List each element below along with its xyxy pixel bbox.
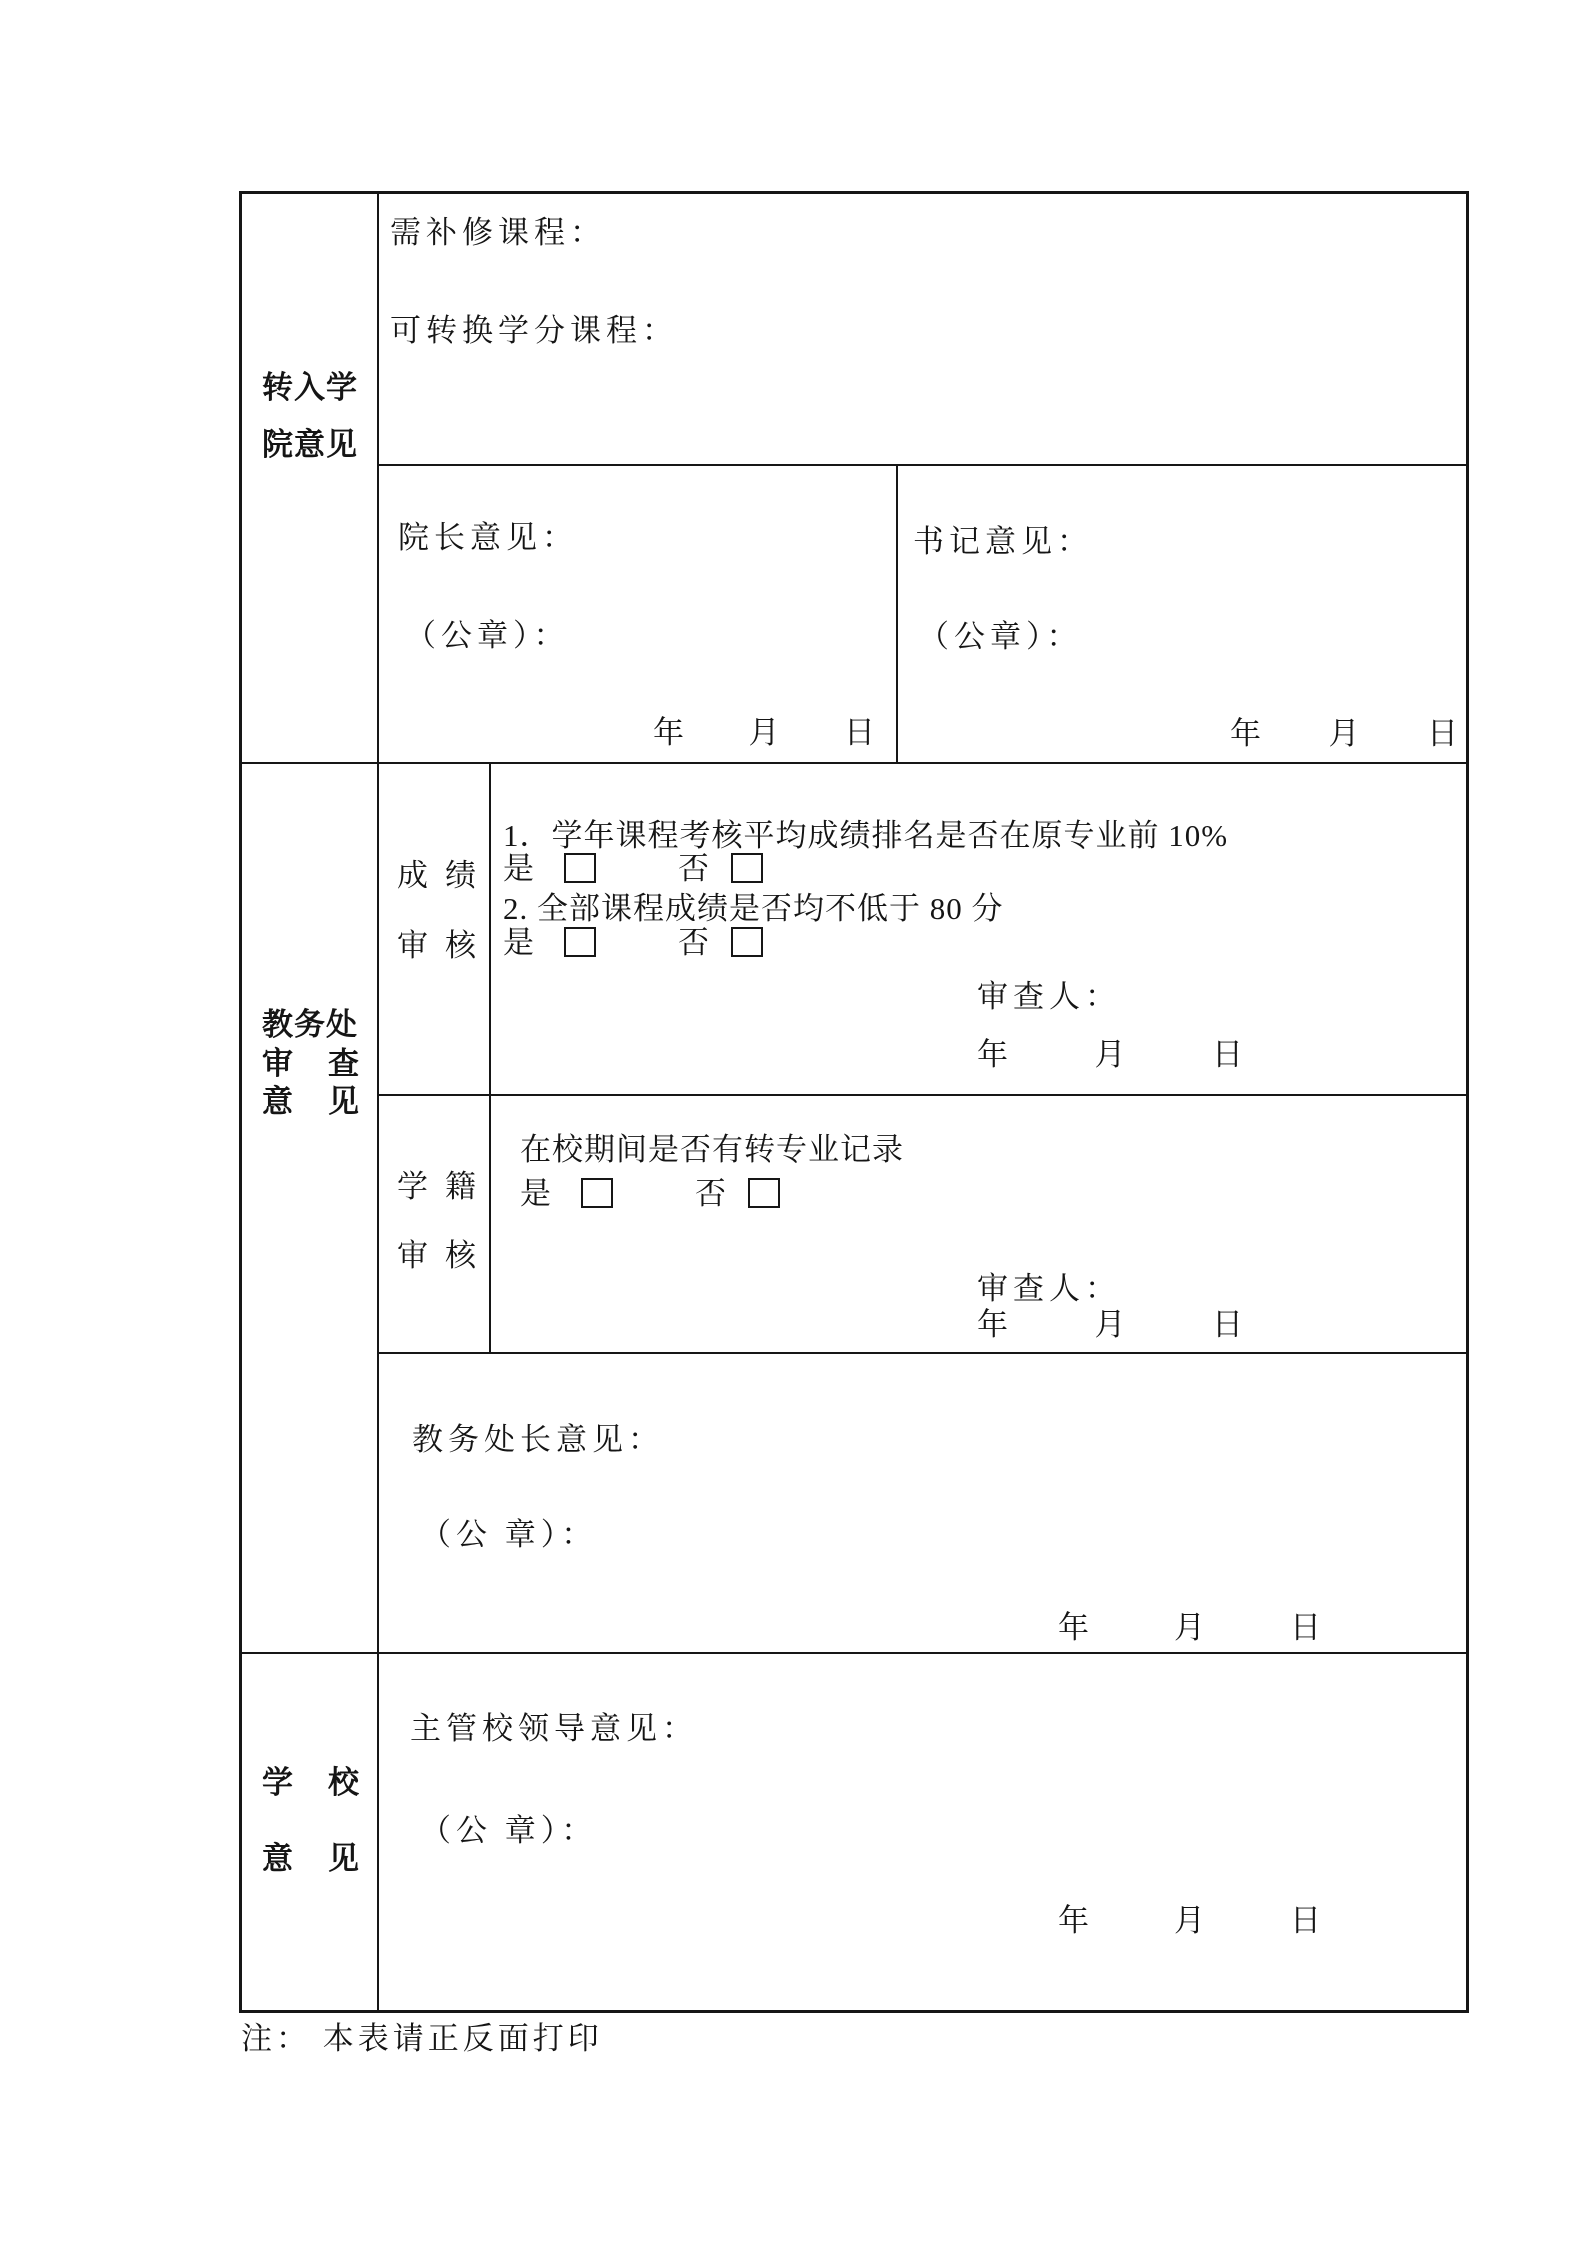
grade-q1-yes-no-row: 是 否: [503, 851, 763, 885]
secretary-seal-label: （公章）：: [918, 620, 1083, 653]
makeup-courses-label: 需补修课程：: [390, 216, 606, 249]
grade-review-question-2: 2. 全部课程成绩是否均不低于 80 分: [503, 892, 1004, 925]
dean-seal-label: （公章）：: [405, 619, 570, 652]
no-label: 否: [678, 852, 709, 885]
secretary-date-line: 年 月 日: [1230, 717, 1458, 750]
subheader-grade-review-line2: 审核: [397, 929, 493, 962]
transfer-approval-form-page: 转入学 院意见 需补修课程： 可转换学分课程： 院长意见： （公章）： 年 月 …: [0, 0, 1587, 2245]
month-label: 月: [749, 716, 780, 749]
yes-checkbox[interactable]: [564, 853, 596, 883]
header-transfer-college-line1: 转入学: [262, 371, 358, 404]
grid-vline-dean-secretary: [896, 464, 898, 762]
day-label: 日: [1212, 1308, 1243, 1341]
grid-hline-status-director: [377, 1352, 1469, 1354]
month-label: 月: [1174, 1611, 1205, 1644]
school-date-line: 年 月 日: [1058, 1904, 1321, 1937]
day-label: 日: [1290, 1904, 1321, 1937]
grid-hline-row2-row3: [239, 1652, 1469, 1654]
day-label: 日: [844, 716, 875, 749]
status-review-date-line: 年 月 日: [977, 1308, 1243, 1341]
yes-label: 是: [503, 926, 534, 959]
day-label: 日: [1290, 1611, 1321, 1644]
day-label: 日: [1427, 717, 1458, 750]
month-label: 月: [1329, 717, 1360, 750]
no-checkbox[interactable]: [748, 1178, 780, 1208]
grid-hline-grade-status: [377, 1094, 1469, 1096]
month-label: 月: [1095, 1308, 1126, 1341]
year-label: 年: [1058, 1904, 1089, 1937]
no-label: 否: [678, 926, 709, 959]
grid-hline-row1-row2: [239, 762, 1469, 764]
grade-reviewer-label: 审查人：: [977, 980, 1121, 1013]
header-academic-affairs-line3: 意见: [262, 1085, 394, 1118]
year-label: 年: [1230, 717, 1261, 750]
header-school-line2: 意见: [262, 1842, 394, 1875]
yes-label: 是: [503, 852, 534, 885]
director-date-line: 年 月 日: [1058, 1611, 1321, 1644]
transferable-credit-courses-label: 可转换学分课程：: [390, 314, 678, 347]
print-note: 注： 本表请正反面打印: [241, 2022, 603, 2055]
header-academic-affairs-line2: 审查: [262, 1047, 394, 1080]
secretary-opinion-label: 书记意见：: [913, 525, 1093, 558]
year-label: 年: [653, 716, 684, 749]
school-seal-label: （公 章）：: [420, 1814, 597, 1847]
status-yes-no-row: 是 否: [520, 1176, 780, 1210]
year-label: 年: [977, 1308, 1008, 1341]
subheader-status-review-line2: 审核: [397, 1239, 493, 1272]
year-label: 年: [1058, 1611, 1089, 1644]
header-academic-affairs-line1: 教务处: [262, 1008, 358, 1041]
grade-review-date-line: 年 月 日: [977, 1038, 1243, 1071]
subheader-status-review-line1: 学籍: [397, 1170, 493, 1203]
status-reviewer-label: 审查人：: [977, 1272, 1121, 1305]
no-checkbox[interactable]: [731, 927, 763, 957]
grade-q2-yes-no-row: 是 否: [503, 925, 763, 959]
yes-checkbox[interactable]: [581, 1178, 613, 1208]
no-label: 否: [695, 1177, 726, 1210]
subheader-grade-review-line1: 成绩: [397, 859, 493, 892]
yes-checkbox[interactable]: [564, 927, 596, 957]
grid-hline-courses-bottom: [377, 464, 1469, 466]
no-checkbox[interactable]: [731, 853, 763, 883]
day-label: 日: [1212, 1038, 1243, 1071]
header-school-line1: 学校: [262, 1766, 394, 1799]
school-leader-opinion-label: 主管校领导意见：: [410, 1712, 698, 1745]
grade-review-question-1: 1．学年课程考核平均成绩排名是否在原专业前 10%: [503, 819, 1228, 852]
director-opinion-label: 教务处长意见：: [412, 1423, 664, 1456]
yes-label: 是: [520, 1177, 551, 1210]
dean-date-line: 年 月 日: [653, 716, 875, 749]
header-transfer-college-line2: 院意见: [262, 428, 358, 461]
status-review-question: 在校期间是否有转专业记录: [520, 1133, 904, 1166]
month-label: 月: [1174, 1904, 1205, 1937]
year-label: 年: [977, 1038, 1008, 1071]
dean-opinion-label: 院长意见：: [398, 521, 578, 554]
month-label: 月: [1095, 1038, 1126, 1071]
director-seal-label: （公 章）：: [420, 1518, 597, 1551]
